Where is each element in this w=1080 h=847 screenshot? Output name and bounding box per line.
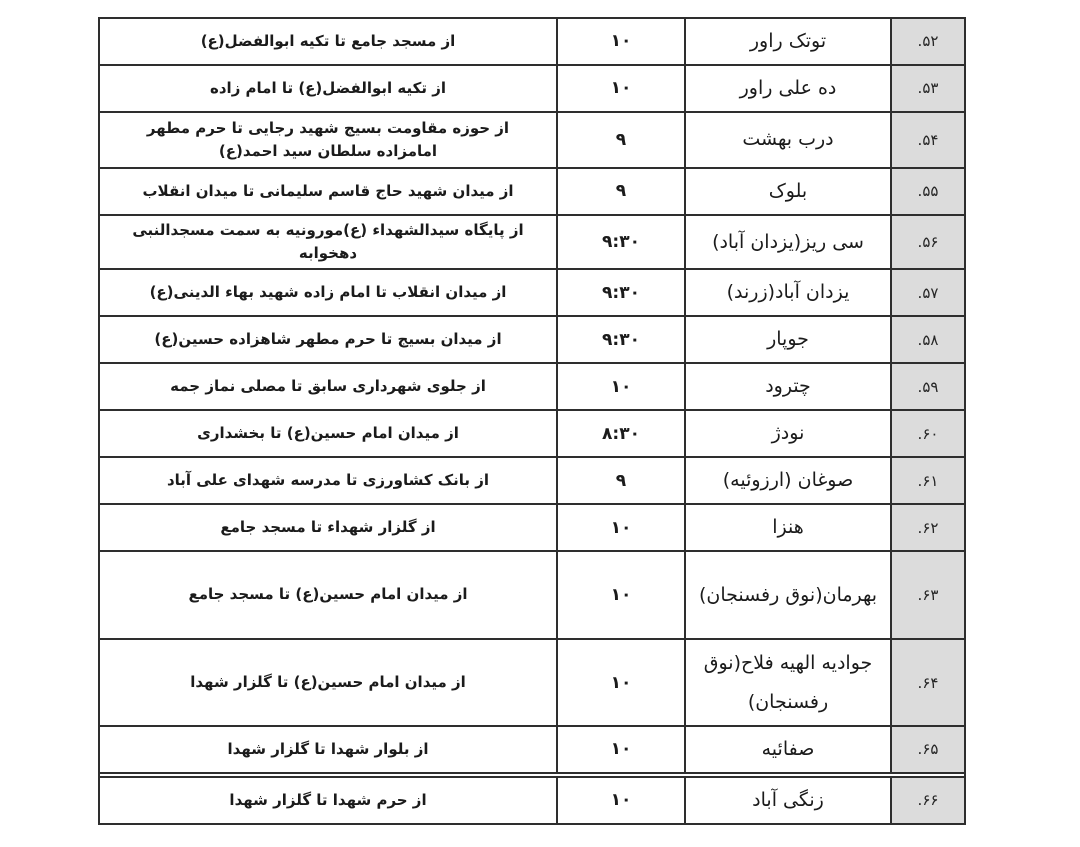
place-name: زنگی آباد bbox=[684, 778, 890, 823]
row-number: .۵۹ bbox=[890, 364, 964, 409]
place-name: جوادیه الهیه فلاح(نوق رفسنجان) bbox=[684, 640, 890, 725]
departure-time: ۹:۳۰ bbox=[556, 317, 684, 362]
route-description: از میدان امام حسین(ع) تا بخشداری bbox=[100, 411, 556, 456]
route-description: از پایگاه سیدالشهداء (ع)مورونیه به سمت م… bbox=[100, 216, 556, 269]
table-row: .۶۱ صوغان (ارزوئیه) ۹ از بانک کشاورزی تا… bbox=[100, 456, 964, 503]
place-name: ده علی راور bbox=[684, 66, 890, 111]
table-row: .۶۲ هنزا ۱۰ از گلزار شهداء تا مسجد جامع bbox=[100, 503, 964, 550]
table-row: .۶۳ بهرمان(نوق رفسنجان) ۱۰ از میدان امام… bbox=[100, 550, 964, 638]
route-description: از میدان امام حسین(ع) تا گلزار شهدا bbox=[100, 640, 556, 725]
row-number: .۶۳ bbox=[890, 552, 964, 638]
route-description: از میدان بسیج تا حرم مطهر شاهزاده حسین(ع… bbox=[100, 317, 556, 362]
row-number: .۶۱ bbox=[890, 458, 964, 503]
row-number: .۵۳ bbox=[890, 66, 964, 111]
row-number: .۶۵ bbox=[890, 727, 964, 772]
table-row: .۵۹ چترود ۱۰ از جلوی شهرداری سابق تا مصل… bbox=[100, 362, 964, 409]
departure-time: ۱۰ bbox=[556, 727, 684, 772]
row-number: .۵۲ bbox=[890, 19, 964, 64]
row-number: .۵۶ bbox=[890, 216, 964, 269]
departure-time: ۹:۳۰ bbox=[556, 270, 684, 315]
table-row: .۶۶ زنگی آباد ۱۰ از حرم شهدا تا گلزار شه… bbox=[100, 772, 964, 823]
route-description: از میدان انقلاب تا امام زاده شهید بهاء ا… bbox=[100, 270, 556, 315]
departure-time: ۱۰ bbox=[556, 640, 684, 725]
departure-time: ۱۰ bbox=[556, 66, 684, 111]
row-number: .۵۸ bbox=[890, 317, 964, 362]
departure-time: ۱۰ bbox=[556, 778, 684, 823]
place-name: بلوک bbox=[684, 169, 890, 214]
table-row: .۶۵ صفائیه ۱۰ از بلوار شهدا تا گلزار شهد… bbox=[100, 725, 964, 772]
row-number: .۵۷ bbox=[890, 270, 964, 315]
table-row: .۵۶ سی ریز(یزدان آباد) ۹:۳۰ از پایگاه سی… bbox=[100, 214, 964, 269]
place-name: نودژ bbox=[684, 411, 890, 456]
place-name: سی ریز(یزدان آباد) bbox=[684, 216, 890, 269]
departure-time: ۹ bbox=[556, 169, 684, 214]
table-row: .۵۴ درب بهشت ۹ از حوزه مقاومت بسیج شهید … bbox=[100, 111, 964, 167]
place-name: توتک راور bbox=[684, 19, 890, 64]
place-name: درب بهشت bbox=[684, 113, 890, 167]
table-row: .۵۷ یزدان آباد(زرند) ۹:۳۰ از میدان انقلا… bbox=[100, 268, 964, 315]
departure-time: ۱۰ bbox=[556, 552, 684, 638]
departure-time: ۸:۳۰ bbox=[556, 411, 684, 456]
table-row: .۵۳ ده علی راور ۱۰ از تکیه ابوالفضل(ع) ت… bbox=[100, 64, 964, 111]
departure-time: ۹ bbox=[556, 458, 684, 503]
place-name: یزدان آباد(زرند) bbox=[684, 270, 890, 315]
route-description: از بانک کشاورزی تا مدرسه شهدای علی آباد bbox=[100, 458, 556, 503]
bus-schedule-table: .۵۲ توتک راور ۱۰ از مسجد جامع تا تکیه اب… bbox=[98, 17, 966, 825]
place-name: صوغان (ارزوئیه) bbox=[684, 458, 890, 503]
departure-time: ۹:۳۰ bbox=[556, 216, 684, 269]
place-name: هنزا bbox=[684, 505, 890, 550]
departure-time: ۱۰ bbox=[556, 505, 684, 550]
table-row: .۶۰ نودژ ۸:۳۰ از میدان امام حسین(ع) تا ب… bbox=[100, 409, 964, 456]
table-row: .۶۴ جوادیه الهیه فلاح(نوق رفسنجان) ۱۰ از… bbox=[100, 638, 964, 725]
route-description: از گلزار شهداء تا مسجد جامع bbox=[100, 505, 556, 550]
place-name: جوپار bbox=[684, 317, 890, 362]
row-number: .۶۲ bbox=[890, 505, 964, 550]
place-name: بهرمان(نوق رفسنجان) bbox=[684, 552, 890, 638]
table-row: .۵۵ بلوک ۹ از میدان شهید حاج قاسم سلیمان… bbox=[100, 167, 964, 214]
route-description: از حرم شهدا تا گلزار شهدا bbox=[100, 778, 556, 823]
table-row: .۵۸ جوپار ۹:۳۰ از میدان بسیج تا حرم مطهر… bbox=[100, 315, 964, 362]
route-description: از تکیه ابوالفضل(ع) تا امام زاده bbox=[100, 66, 556, 111]
row-number: .۵۵ bbox=[890, 169, 964, 214]
place-name: صفائیه bbox=[684, 727, 890, 772]
place-name: چترود bbox=[684, 364, 890, 409]
row-number: .۵۴ bbox=[890, 113, 964, 167]
row-number: .۶۴ bbox=[890, 640, 964, 725]
row-number: .۶۰ bbox=[890, 411, 964, 456]
route-description: از میدان امام حسین(ع) تا مسجد جامع bbox=[100, 552, 556, 638]
route-description: از میدان شهید حاج قاسم سلیمانی تا میدان … bbox=[100, 169, 556, 214]
departure-time: ۱۰ bbox=[556, 19, 684, 64]
route-description: از جلوی شهرداری سابق تا مصلی نماز جمه bbox=[100, 364, 556, 409]
departure-time: ۱۰ bbox=[556, 364, 684, 409]
departure-time: ۹ bbox=[556, 113, 684, 167]
route-description: از مسجد جامع تا تکیه ابوالفضل(ع) bbox=[100, 19, 556, 64]
table-row: .۵۲ توتک راور ۱۰ از مسجد جامع تا تکیه اب… bbox=[100, 19, 964, 64]
route-description: از بلوار شهدا تا گلزار شهدا bbox=[100, 727, 556, 772]
route-description: از حوزه مقاومت بسیج شهید رجایی تا حرم مط… bbox=[100, 113, 556, 167]
row-number: .۶۶ bbox=[890, 778, 964, 823]
